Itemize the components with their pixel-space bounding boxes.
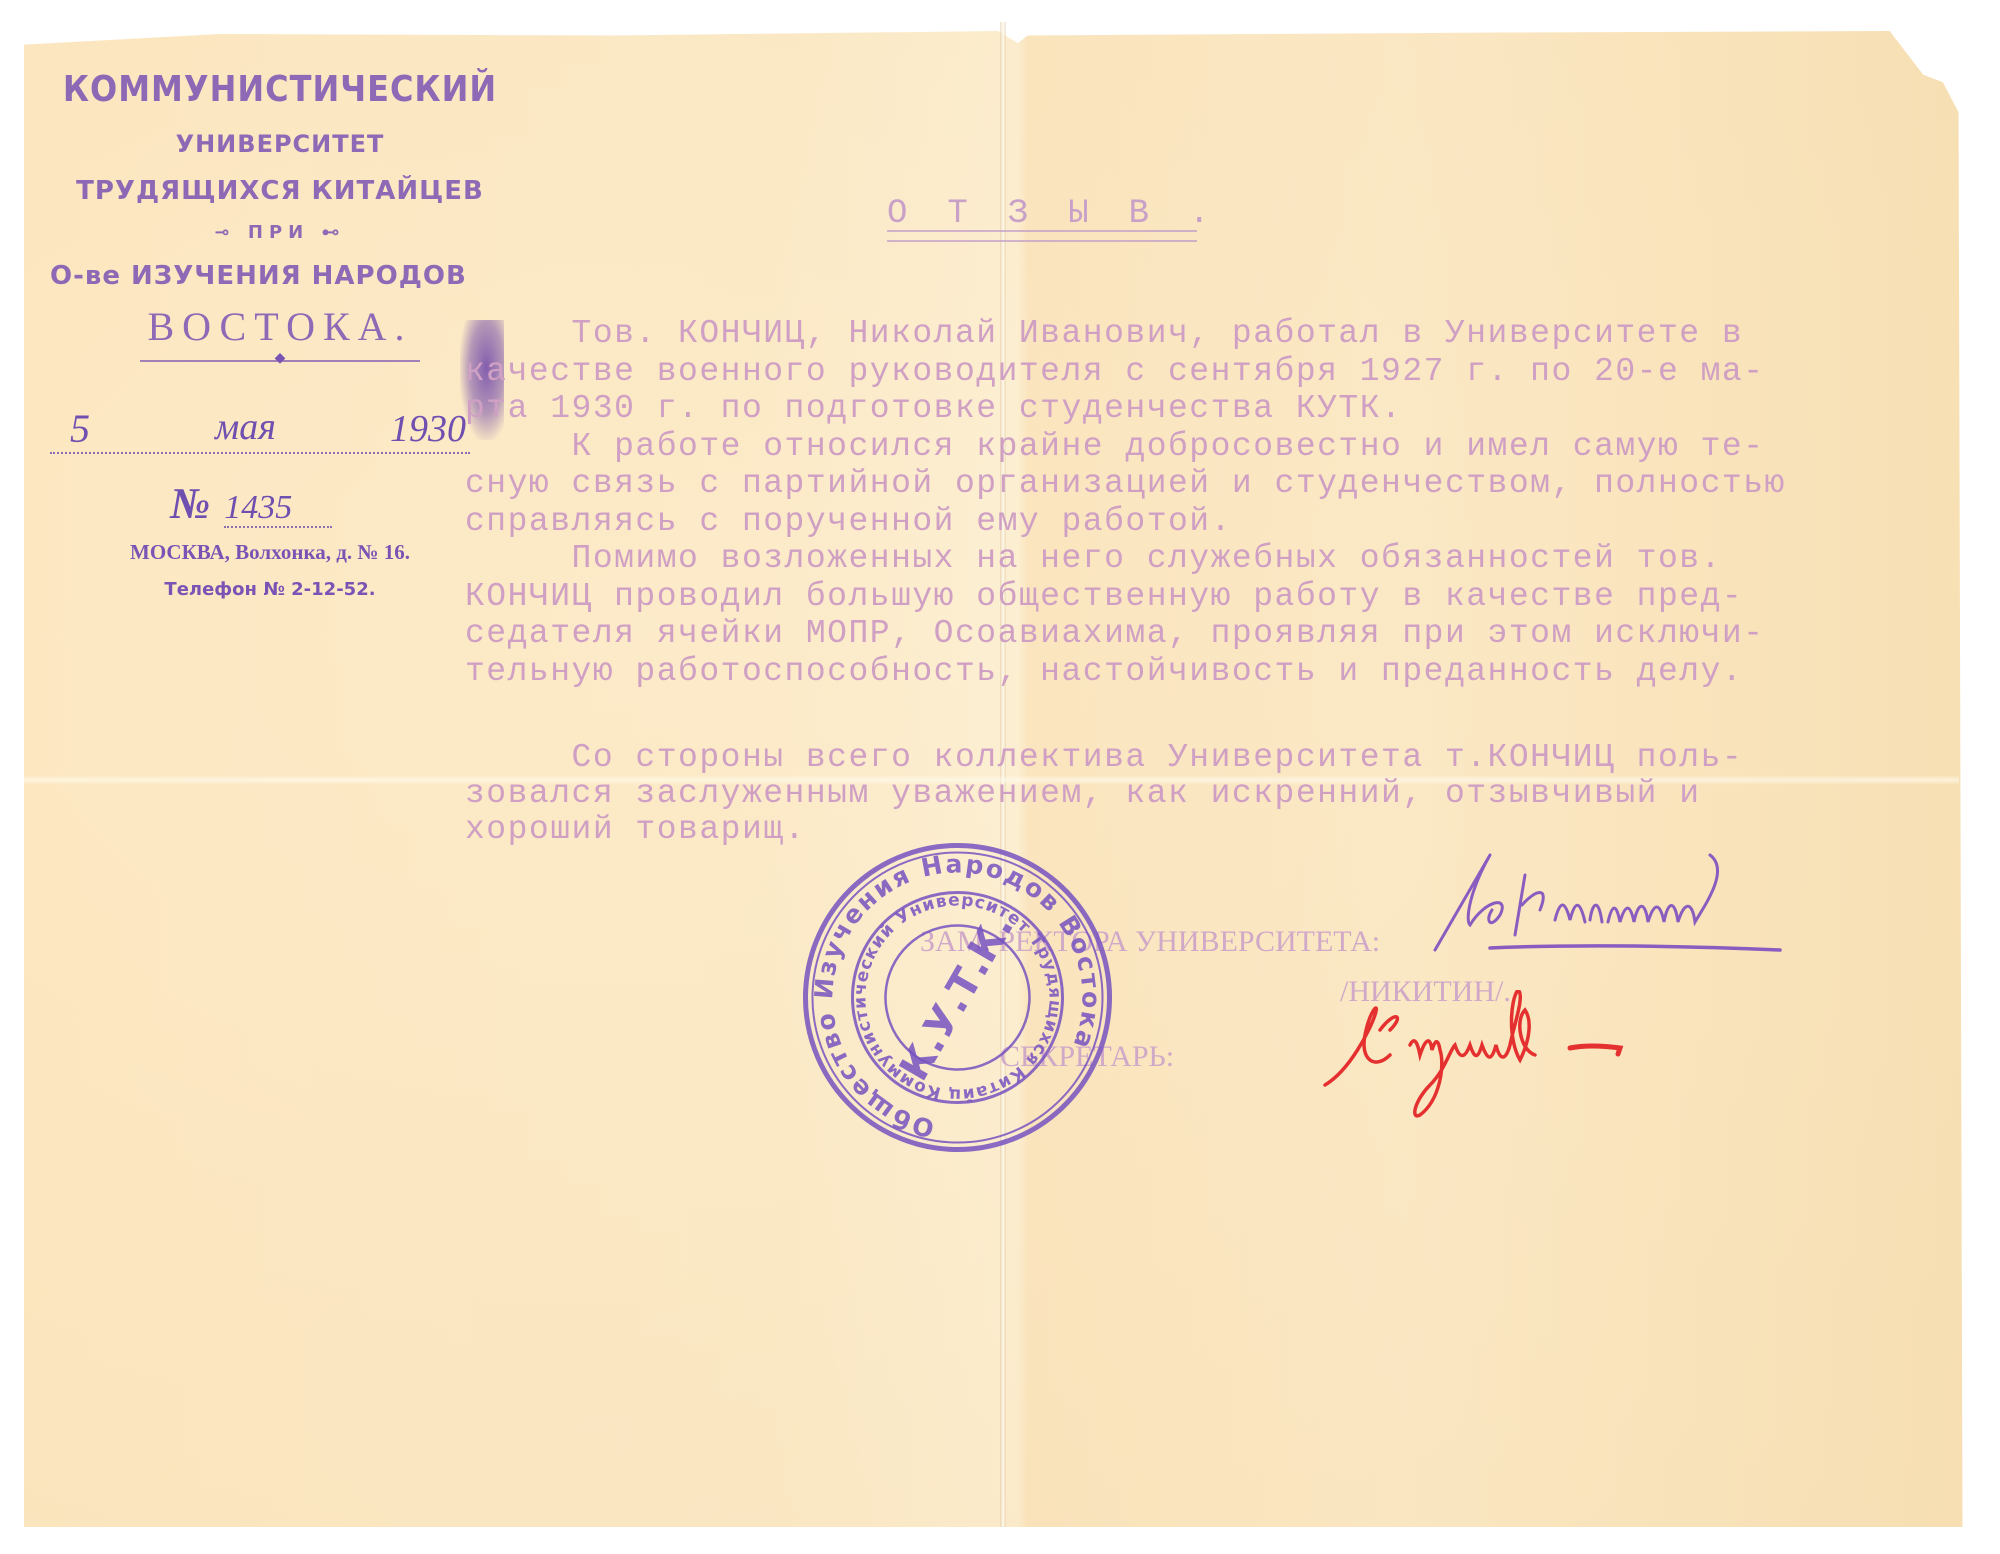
date-dotted-line	[50, 452, 470, 454]
phone-line: Телефон № 2-12-52.	[50, 579, 490, 600]
date-year: 1930	[390, 407, 466, 451]
body-line: рта 1930 г. по подготовке студенчества К…	[465, 390, 1965, 428]
address-line: МОСКВА, Волхонка, д. № 16.	[50, 540, 490, 565]
letter-date: 5 мая 1930	[50, 405, 470, 455]
body-line: К работе относился крайне добросовестно …	[465, 428, 1965, 466]
date-month: мая	[215, 405, 276, 449]
letterhead-line-5: О-ве ИЗУЧЕНИЯ НАРОДОВ	[50, 261, 510, 291]
body-line: Тов. КОНЧИЦ, Николай Иванович, работал в…	[465, 315, 1965, 353]
letterhead-address: МОСКВА, Волхонка, д. № 16. Телефон № 2-1…	[50, 540, 490, 600]
closing-line: зовался заслуженным уважением, как искре…	[465, 776, 1743, 812]
body-line: справляясь с порученной ему работой.	[465, 503, 1965, 541]
body-line: Помимо возложенных на него служебных обя…	[465, 540, 1965, 578]
vice-rector-signature	[1430, 850, 1790, 960]
body-line: тельную работоспособность, настойчивость…	[465, 653, 1965, 691]
letter-number: №1435	[170, 478, 332, 529]
body-line: сную связь с партийной организацией и ст…	[465, 465, 1965, 503]
number-value: 1435	[224, 489, 332, 528]
letter-closing: Со стороны всего коллектива Университета…	[465, 740, 1743, 848]
body-line: седателя ячейки МОПР, Осоавиахима, прояв…	[465, 615, 1965, 653]
closing-line: Со стороны всего коллектива Университета…	[465, 740, 1743, 776]
body-line: качестве военного руководителя с сентябр…	[465, 353, 1965, 391]
letter-body: Тов. КОНЧИЦ, Николай Иванович, работал в…	[465, 315, 1965, 690]
seal-center-text: К.У.Т.К.	[891, 906, 1023, 1089]
body-line: КОНЧИЦ проводил большую общественную раб…	[465, 578, 1965, 616]
letterhead-pri: ПРИ	[248, 222, 309, 243]
letterhead-line-6: ВОСТОКА.	[50, 303, 510, 350]
title-underline	[887, 230, 1197, 242]
document-title: ОТЗЫВ.	[887, 195, 1249, 233]
letterhead-line-3: ТРУДЯЩИХСЯ КИТАЙЦЕВ	[50, 176, 510, 206]
number-sign: №	[170, 479, 210, 528]
letterhead-line-4: ⊸ ПРИ ⊷	[50, 222, 510, 243]
letterhead-ornament-rule	[140, 360, 420, 368]
university-seal-stamp: Общество Изучения Народов Востока Коммун…	[800, 840, 1115, 1155]
date-day: 5	[70, 405, 90, 452]
letterhead-line-2: УНИВЕРСИТЕТ	[50, 130, 510, 158]
letterhead-stamp: КОММУНИСТИЧЕСКИЙ УНИВЕРСИТЕТ ТРУДЯЩИХСЯ …	[50, 60, 510, 368]
secretary-signature	[1320, 990, 1740, 1120]
letterhead-line-1: КОММУНИСТИЧЕСКИЙ	[50, 68, 510, 110]
